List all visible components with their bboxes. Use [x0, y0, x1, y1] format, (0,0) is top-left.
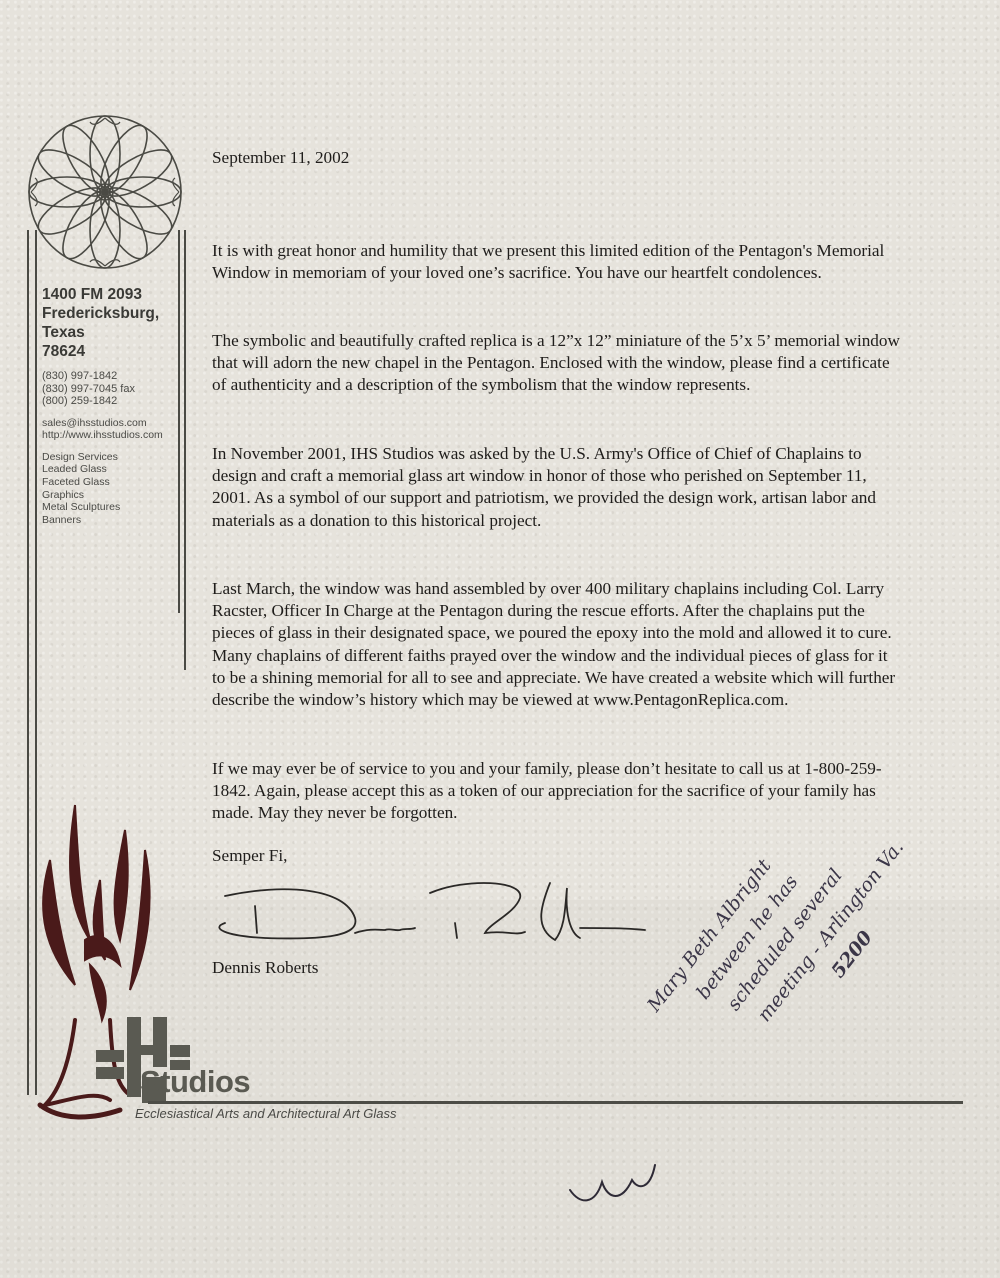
- handwritten-mark-icon: [560, 1160, 670, 1210]
- service-item: Graphics: [42, 489, 182, 502]
- street-address: 1400 FM 2093 Fredericksburg, Texas 78624: [42, 285, 182, 361]
- phone-main: (830) 997-1842: [42, 370, 182, 383]
- paragraph-1: It is with great honor and humility that…: [212, 240, 902, 284]
- service-item: Metal Sculptures: [42, 501, 182, 514]
- service-item: Banners: [42, 514, 182, 527]
- signature-icon: [205, 868, 655, 948]
- letterhead-address-block: 1400 FM 2093 Fredericksburg, Texas 78624…: [42, 285, 182, 527]
- footer-rule: [148, 1101, 963, 1104]
- closing: Semper Fi,: [212, 846, 287, 866]
- studios-wordmark: Studios: [140, 1064, 250, 1100]
- letter-date: September 11, 2002: [212, 148, 349, 168]
- phone-list: (830) 997-1842 (830) 997-7045 fax (800) …: [42, 370, 182, 408]
- rose-window-icon: [24, 112, 186, 272]
- website: http://www.ihsstudios.com: [42, 429, 182, 442]
- service-item: Faceted Glass: [42, 476, 182, 489]
- frame-line-outer-right: [184, 230, 186, 670]
- signer-name: Dennis Roberts: [212, 958, 318, 978]
- frame-line-outer-left: [27, 230, 29, 1095]
- web-contacts: sales@ihsstudios.com http://www.ihsstudi…: [42, 417, 182, 442]
- phone-fax: (830) 997-7045 fax: [42, 383, 182, 396]
- services-list: Design Services Leaded Glass Faceted Gla…: [42, 451, 182, 527]
- paragraph-4: Last March, the window was hand assemble…: [212, 578, 902, 711]
- tagline: Ecclesiastical Arts and Architectural Ar…: [135, 1106, 397, 1121]
- email: sales@ihsstudios.com: [42, 417, 182, 430]
- service-item: Leaded Glass: [42, 463, 182, 476]
- paragraph-3: In November 2001, IHS Studios was asked …: [212, 443, 902, 532]
- phone-tollfree: (800) 259-1842: [42, 395, 182, 408]
- service-item: Design Services: [42, 451, 182, 464]
- paragraph-2: The symbolic and beautifully crafted rep…: [212, 330, 902, 397]
